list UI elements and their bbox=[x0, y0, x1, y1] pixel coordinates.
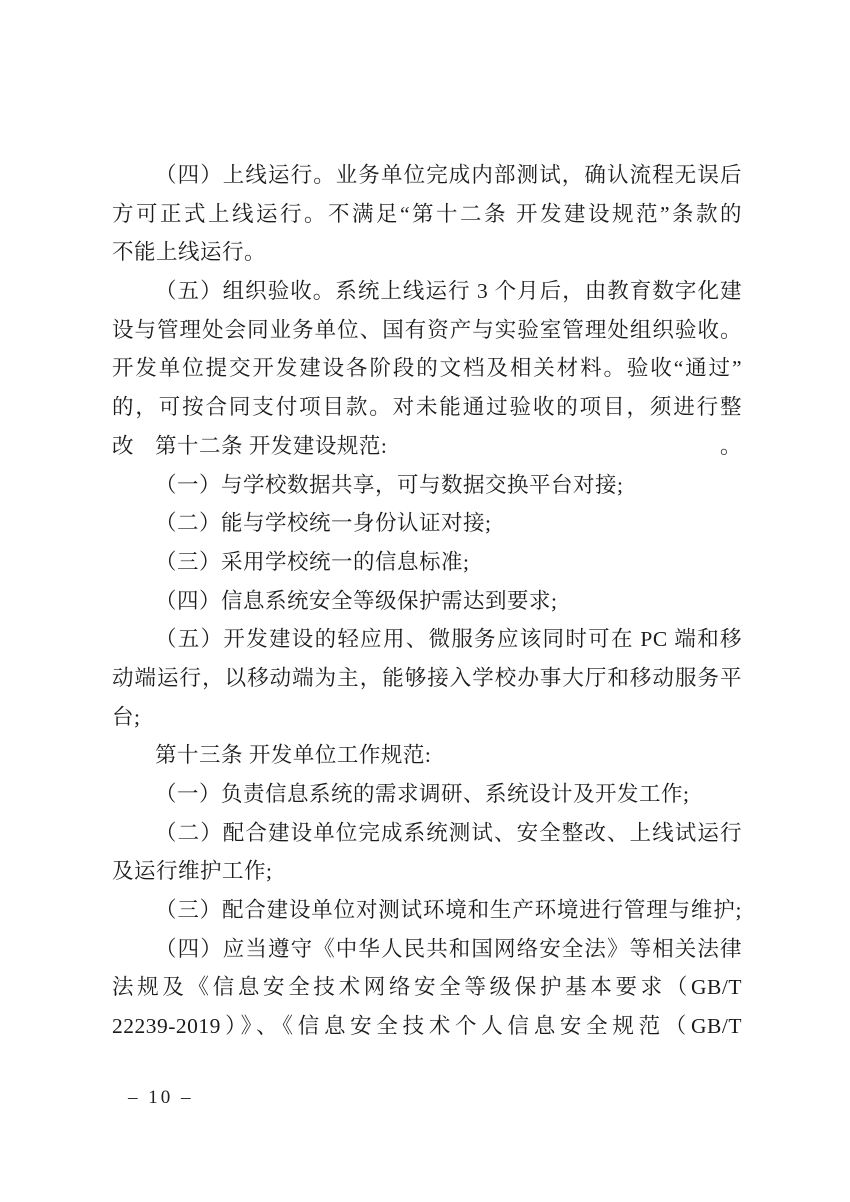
text-line: 动端运行，以移动端为主，能够接入学校办事大厅和移动服务平 bbox=[112, 659, 742, 698]
text-line: （三）配合建设单位对测试环境和生产环境进行管理与维护; bbox=[112, 891, 742, 930]
text-line: （五）开发建设的轻应用、微服务应该同时可在 PC 端和移 bbox=[112, 620, 742, 659]
text-line: （二）配合建设单位完成系统测试、安全整改、上线试运行 bbox=[112, 814, 742, 853]
text-line: （一）负责信息系统的需求调研、系统设计及开发工作; bbox=[112, 775, 742, 814]
text-line: （四）上线运行。业务单位完成内部测试，确认流程无误后 bbox=[112, 156, 742, 195]
text-line: （五）组织验收。系统上线运行 3 个月后，由教育数字化建 bbox=[112, 272, 742, 311]
page-number: – 10 – bbox=[128, 1085, 194, 1111]
text-line: 方可正式上线运行。不满足“第十二条 开发建设规范”条款的 bbox=[112, 195, 742, 234]
text-line: （四）应当遵守《中华人民共和国网络安全法》等相关法律 bbox=[112, 930, 742, 969]
text-line: （四）信息系统安全等级保护需达到要求; bbox=[112, 582, 742, 621]
text-line: 法规及《信息安全技术网络安全等级保护基本要求（GB/T bbox=[112, 968, 742, 1007]
text-line: 22239-2019）》、《信息安全技术个人信息安全规范（GB/T bbox=[112, 1007, 742, 1046]
text-line: 不能上线运行。 bbox=[112, 233, 742, 272]
document-page: （四）上线运行。业务单位完成内部测试，确认流程无误后方可正式上线运行。不满足“第… bbox=[0, 0, 850, 1202]
text-line: 设与管理处会同业务单位、国有资产与实验室管理处组织验收。 bbox=[112, 311, 742, 350]
text-line: （三）采用学校统一的信息标准; bbox=[112, 543, 742, 582]
text-line: （一）与学校数据共享，可与数据交换平台对接; bbox=[112, 466, 742, 505]
text-line: 及运行维护工作; bbox=[112, 852, 742, 891]
text-line: 开发单位提交开发建设各阶段的文档及相关材料。验收“通过” bbox=[112, 349, 742, 388]
text-line: （二）能与学校统一身份认证对接; bbox=[112, 504, 742, 543]
text-line: 第十三条 开发单位工作规范: bbox=[112, 736, 742, 775]
text-line: 台; bbox=[112, 698, 742, 737]
text-line: 的，可按合同支付项目款。对未能通过验收的项目，须进行整改。 bbox=[112, 388, 742, 427]
document-body: （四）上线运行。业务单位完成内部测试，确认流程无误后方可正式上线运行。不满足“第… bbox=[112, 156, 742, 1046]
